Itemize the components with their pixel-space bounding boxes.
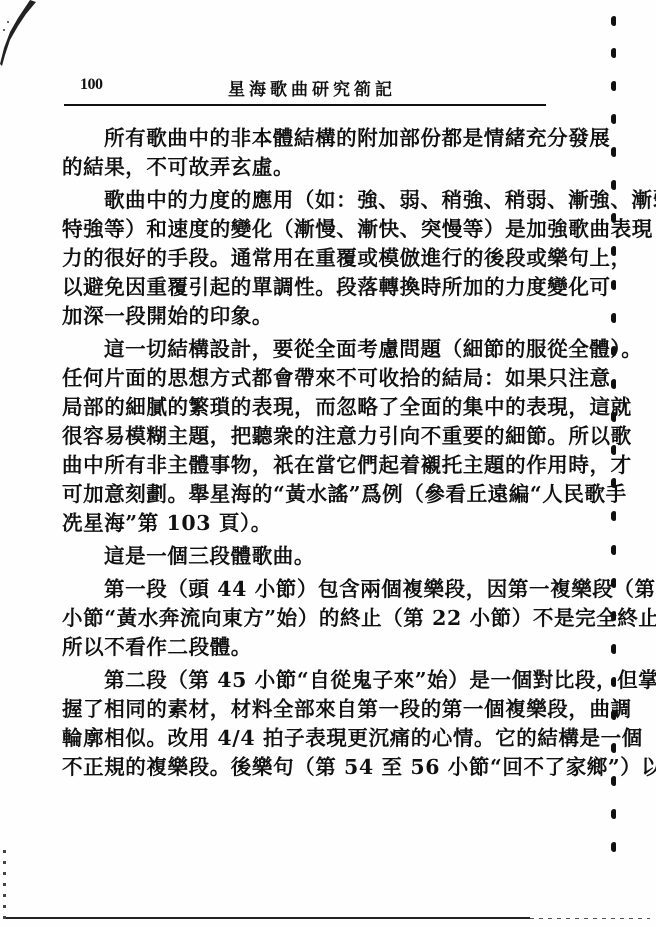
- binding-hole-mark: [611, 710, 616, 720]
- text-line: 曲中所有非主體事物，祇在當它們起着襯托主題的作用時，才: [62, 451, 548, 480]
- binding-hole-mark: [611, 445, 616, 455]
- binding-hole-mark: [611, 147, 616, 157]
- paragraph: 這是一個三段體歌曲。: [62, 542, 548, 571]
- header-rule: [64, 104, 546, 106]
- page-header: 100 星海歌曲研究箚記: [64, 76, 548, 100]
- text-line: 歌曲中的力度的應用（如：強、弱、稍強、稍弱、漸強、漸弱、: [62, 186, 548, 215]
- binding-hole-mark: [611, 743, 616, 753]
- text-line: 握了相同的素材，材料全部來自第一段的第一個複樂段，曲調: [62, 695, 548, 724]
- binding-hole-mark: [611, 842, 616, 852]
- text-line: 第一段（頭 44 小節）包含兩個複樂段，因第一複樂段（第 6: [62, 575, 548, 604]
- binding-hole-mark: [611, 16, 616, 26]
- text-line: 任何片面的思想方式都會帶來不可收拾的結局：如果只注意: [62, 364, 548, 393]
- page-number: 100: [80, 76, 103, 94]
- text-line: 所以不看作二段體。: [62, 633, 548, 662]
- text-line: 加深一段開始的印象。: [62, 302, 548, 331]
- body-text: 所有歌曲中的非本體結構的附加部份都是情緒充分發展 的結果，不可故弄玄虛。 歌曲中…: [62, 124, 548, 782]
- text-line: 力的很好的手段。通常用在重覆或模倣進行的後段或樂句上，: [62, 244, 548, 273]
- binding-hole-mark: [611, 81, 616, 91]
- binding-hole-mark: [611, 611, 616, 621]
- text-line: 這是一個三段體歌曲。: [62, 542, 548, 571]
- binding-hole-mark: [611, 412, 616, 422]
- binding-hole-mark: [611, 280, 616, 290]
- binding-hole-mark: [611, 578, 616, 588]
- text-line: 第二段（第 45 小節“自從鬼子來”始）是一個對比段，但掌: [62, 666, 548, 695]
- binding-hole-mark: [611, 48, 616, 58]
- text-line: 這一切結構設計，要從全面考慮問題（細節的服從全體）。: [62, 335, 548, 364]
- paragraph: 這一切結構設計，要從全面考慮問題（細節的服從全體）。 任何片面的思想方式都會帶來…: [62, 335, 548, 538]
- binding-hole-mark: [611, 180, 616, 190]
- paragraph: 第二段（第 45 小節“自從鬼子來”始）是一個對比段，但掌 握了相同的素材，材料…: [62, 666, 548, 782]
- binding-hole-mark: [611, 545, 616, 555]
- text-line: 可加意刻劃。舉星海的“黃水謠”爲例（參看丘遠編“人民歌手: [62, 480, 548, 509]
- text-line: 以避免因重覆引起的單調性。段落轉換時所加的力度變化可: [62, 273, 548, 302]
- binding-hole-mark: [611, 776, 616, 786]
- text-line: 的結果，不可故弄玄虛。: [62, 153, 548, 182]
- binding-hole-mark: [611, 313, 616, 323]
- page-bottom-edge: [6, 917, 530, 919]
- corner-smudge-mark: [0, 0, 40, 70]
- text-line: 冼星海”第 103 頁）。: [62, 509, 548, 538]
- text-line: 局部的細膩的繁瑣的表現，而忽略了全面的集中的表現，這就: [62, 393, 548, 422]
- binding-hole-mark: [611, 809, 616, 819]
- binding-hole-mark: [611, 644, 616, 654]
- text-line: 很容易模糊主題，把聽衆的注意力引向不重要的細節。所以歌: [62, 422, 548, 451]
- running-title: 星海歌曲研究箚記: [228, 75, 396, 100]
- binding-hole-mark: [611, 677, 616, 687]
- binding-hole-mark: [611, 213, 616, 223]
- binding-holes: [610, 0, 620, 927]
- scan-edge-marks: [3, 850, 6, 920]
- binding-hole-mark: [611, 114, 616, 124]
- paragraph: 歌曲中的力度的應用（如：強、弱、稍強、稍弱、漸強、漸弱、 特強等）和速度的變化（…: [62, 186, 548, 331]
- binding-hole-mark: [611, 379, 616, 389]
- text-line: 所有歌曲中的非本體結構的附加部份都是情緒充分發展: [62, 124, 548, 153]
- text-line: 不正規的複樂段。後樂句（第 54 至 56 小節“回不了家鄉”）以: [62, 753, 548, 782]
- binding-hole-mark: [611, 511, 616, 521]
- paragraph: 所有歌曲中的非本體結構的附加部份都是情緒充分發展 的結果，不可故弄玄虛。: [62, 124, 548, 182]
- binding-hole-mark: [611, 346, 616, 356]
- scanned-page: 100 星海歌曲研究箚記 所有歌曲中的非本體結構的附加部份都是情緒充分發展 的結…: [0, 0, 656, 927]
- binding-hole-mark: [611, 478, 616, 488]
- binding-hole-mark: [611, 246, 616, 256]
- text-line: 小節“黃水奔流向東方”始）的終止（第 22 小節）不是完全終止，: [62, 604, 548, 633]
- page-bottom-edge-faint: [530, 918, 650, 919]
- paragraph: 第一段（頭 44 小節）包含兩個複樂段，因第一複樂段（第 6 小節“黃水奔流向東…: [62, 575, 548, 662]
- text-line: 輪廓相似。改用 4/4 拍子表現更沉痛的心情。它的結構是一個: [62, 724, 548, 753]
- text-line: 特強等）和速度的變化（漸慢、漸快、突慢等）是加強歌曲表現: [62, 215, 548, 244]
